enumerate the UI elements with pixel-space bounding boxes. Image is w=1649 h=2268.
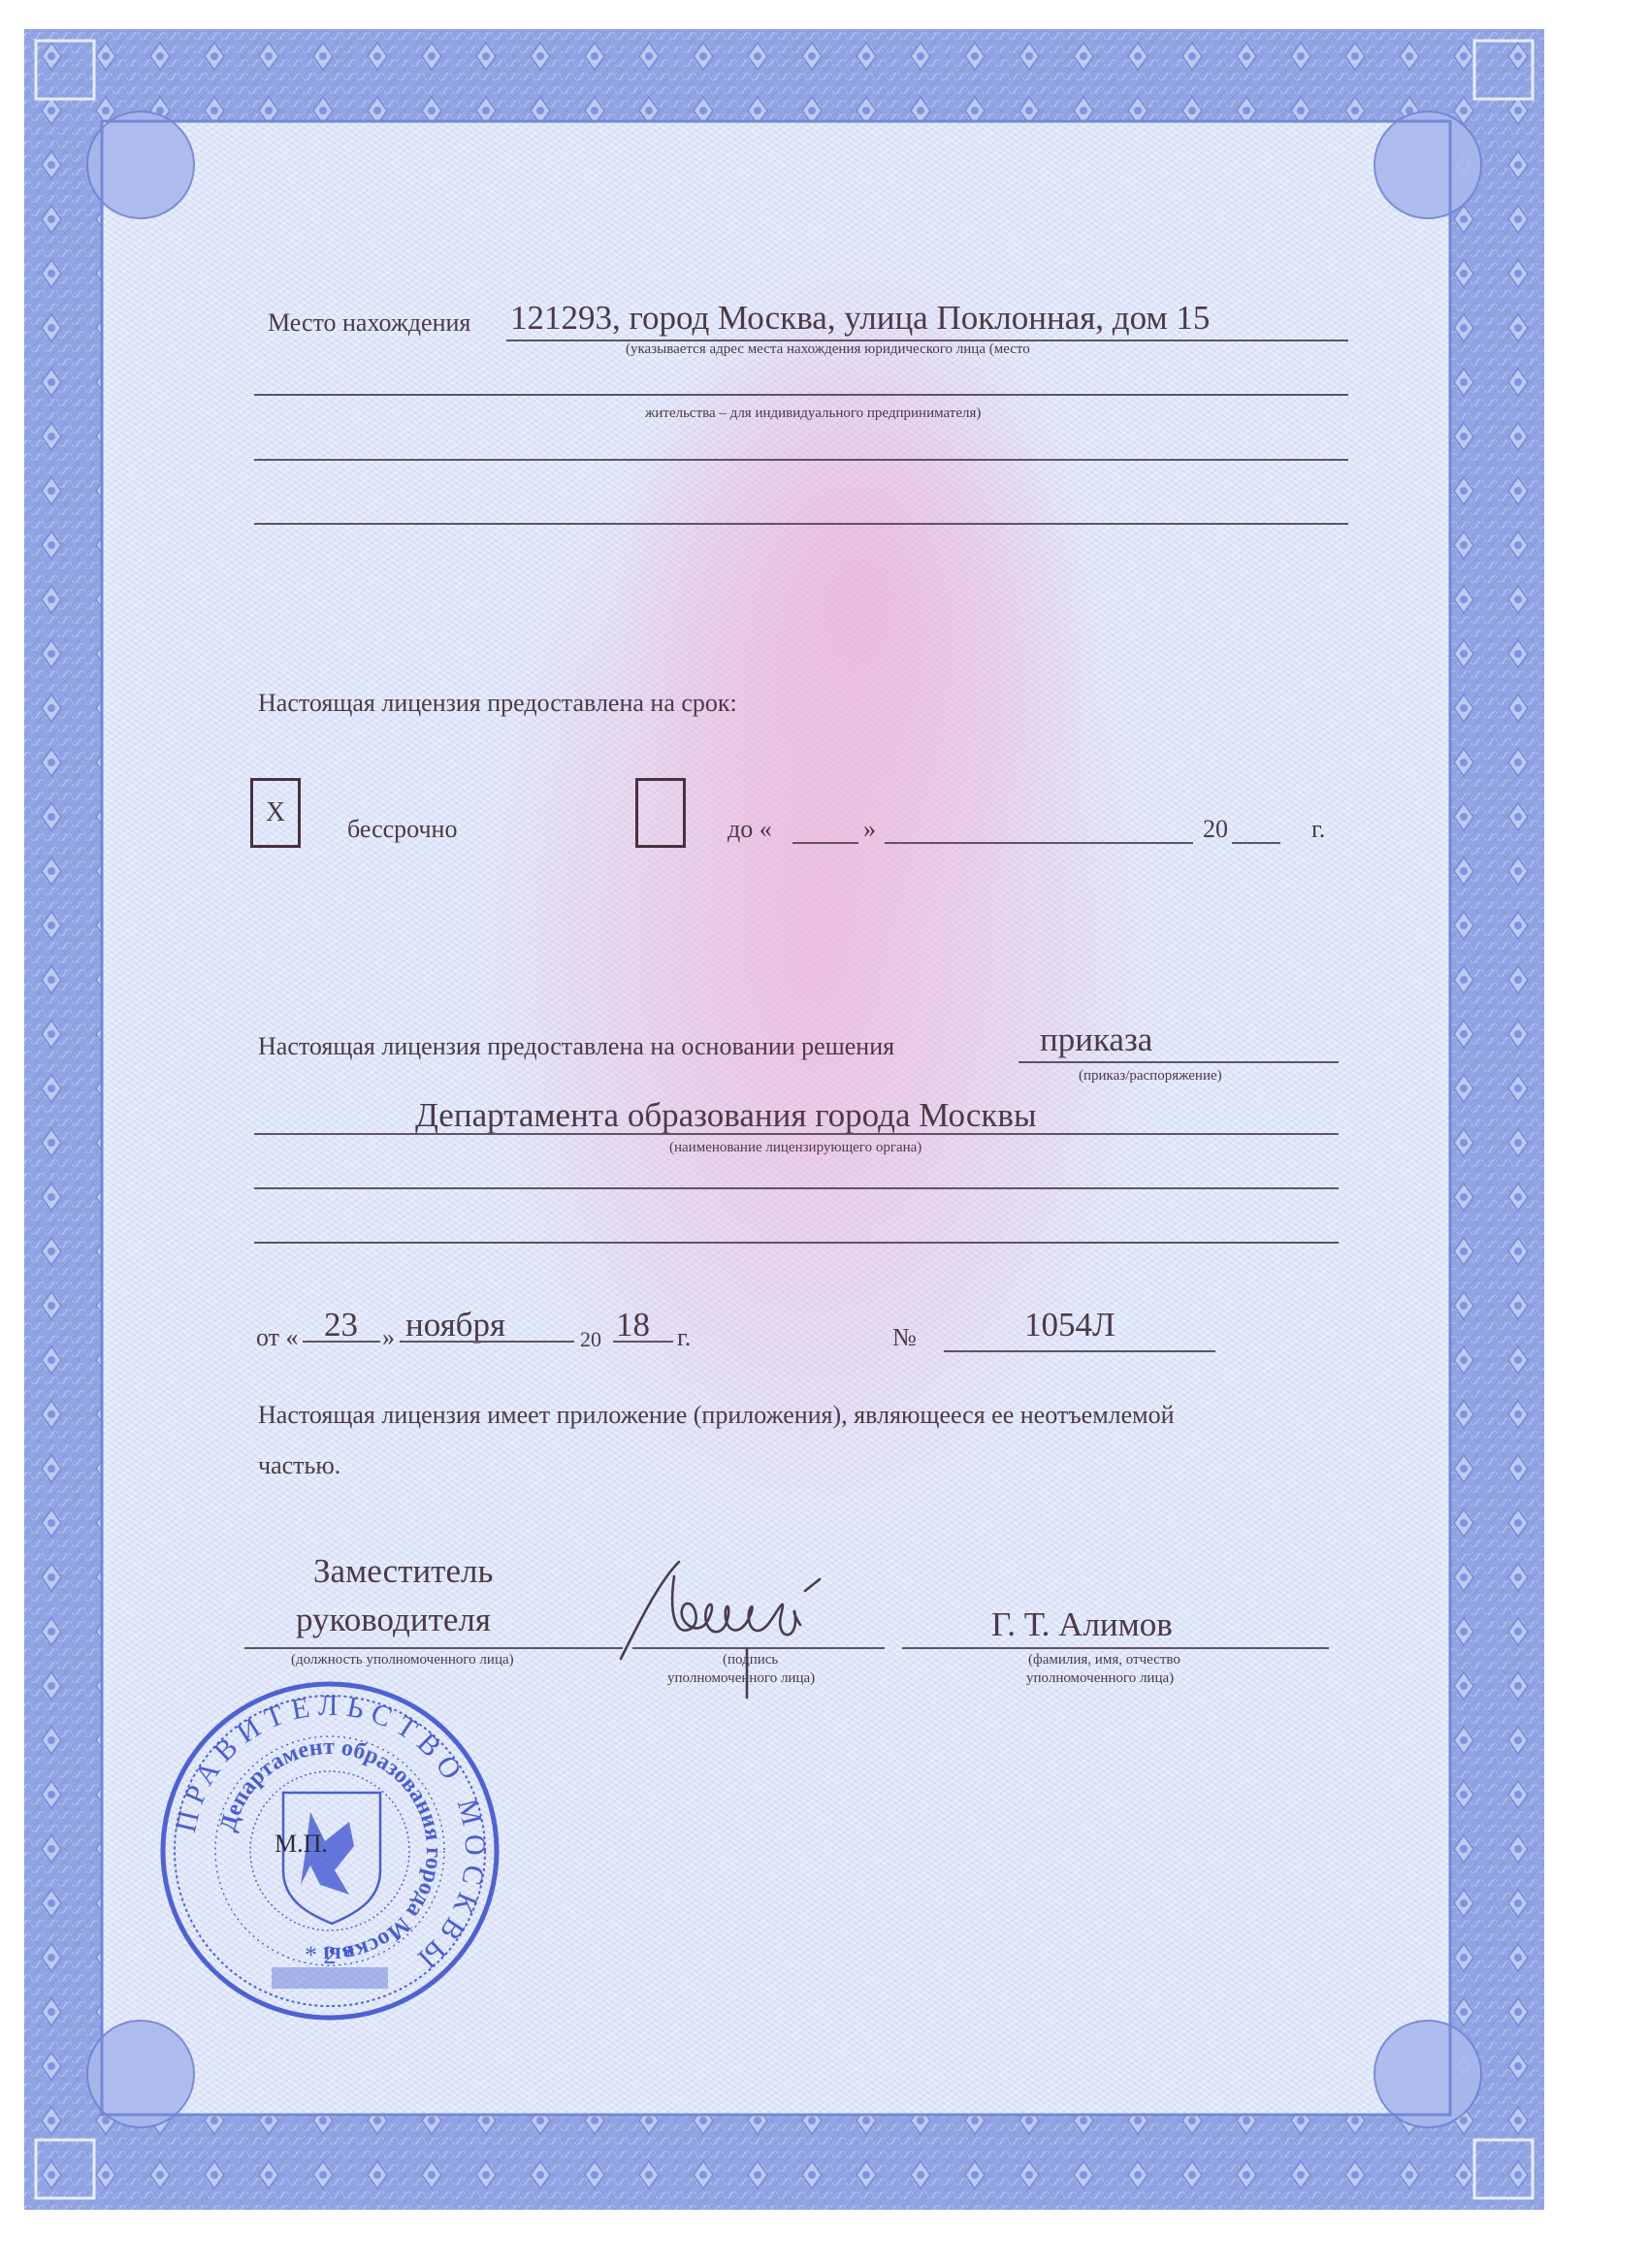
term-until-year-suffix: г. [1311, 815, 1325, 844]
basis-line-4 [254, 1242, 1339, 1244]
basis-decision-underline [1018, 1061, 1339, 1063]
date-year-suffix: 18 [616, 1306, 650, 1345]
license-number-underline [944, 1350, 1215, 1352]
official-seal-stamp: ПРАВИТЕЛЬСТВО МОСКВЫ Департамент образов… [155, 1676, 504, 2025]
address-caption-2: жительства – для индивидуального предпри… [645, 405, 981, 422]
appendix-note-line-2: частью. [258, 1451, 340, 1480]
name-caption-1: (фамилия, имя, отчество [1028, 1652, 1180, 1669]
term-until-day-blank[interactable] [792, 842, 858, 844]
signatory-position-line-2: руководителя [296, 1601, 491, 1639]
basis-authority-caption: (наименование лицензирующего органа) [669, 1140, 921, 1156]
signatory-position-line-1: Заместитель [313, 1552, 493, 1591]
basis-decision-type: приказа [1040, 1021, 1152, 1059]
handwritten-signature [601, 1552, 931, 1707]
address-label: Место нахождения [268, 308, 470, 338]
stamp-number: * 2 * [305, 1941, 355, 1969]
term-unlimited-label: бессрочно [347, 815, 457, 844]
name-caption-2: уполномоченного лица) [1026, 1670, 1174, 1687]
term-until-year-blank[interactable] [1232, 842, 1280, 844]
position-underline [244, 1647, 623, 1649]
date-month-underline [400, 1341, 574, 1343]
name-underline [902, 1647, 1329, 1649]
checkbox-unlimited[interactable]: X [250, 778, 301, 848]
term-until-quote-close: » [863, 815, 876, 844]
license-number: 1054Л [1024, 1306, 1115, 1345]
basis-label: Настоящая лицензия предоставлена на осно… [258, 1032, 894, 1061]
checkbox-until-date[interactable] [635, 778, 686, 848]
basis-line-3 [254, 1187, 1339, 1189]
date-year-end: г. [677, 1323, 691, 1352]
signatory-name: Г. Т. Алимов [991, 1605, 1173, 1644]
date-month: ноября [405, 1306, 505, 1345]
appendix-note-line-1: Настоящая лицензия имеет приложение (при… [258, 1401, 1175, 1430]
address-caption-1: (указывается адрес места нахождения юрид… [626, 341, 1030, 358]
date-prefix: от « [256, 1323, 299, 1352]
address-line-3 [254, 459, 1348, 461]
basis-decision-caption: (приказ/распоряжение) [1079, 1068, 1222, 1085]
term-until-year-prefix: 20 [1203, 815, 1228, 844]
stamp-place-mark: М.П. [275, 1830, 328, 1859]
term-until-prefix: до « [727, 815, 772, 844]
date-year-prefix: 20 [580, 1327, 601, 1352]
address-value: 121293, город Москва, улица Поклонная, д… [510, 299, 1210, 338]
basis-authority: Департамента образования города Москвы [415, 1096, 1036, 1135]
date-year-underline [613, 1341, 673, 1343]
date-day: 23 [324, 1306, 358, 1345]
position-caption: (должность уполномоченного лица) [291, 1652, 514, 1669]
checkbox-unlimited-mark: X [266, 797, 285, 828]
date-day-underline [303, 1341, 380, 1343]
term-label: Настоящая лицензия предоставлена на срок… [258, 689, 737, 718]
term-until-month-blank[interactable] [885, 842, 1193, 844]
address-line-2 [254, 394, 1348, 396]
date-quote-close: » [382, 1323, 395, 1352]
number-label: № [892, 1323, 917, 1352]
address-line-4 [254, 523, 1348, 525]
basis-authority-underline [254, 1133, 1339, 1135]
